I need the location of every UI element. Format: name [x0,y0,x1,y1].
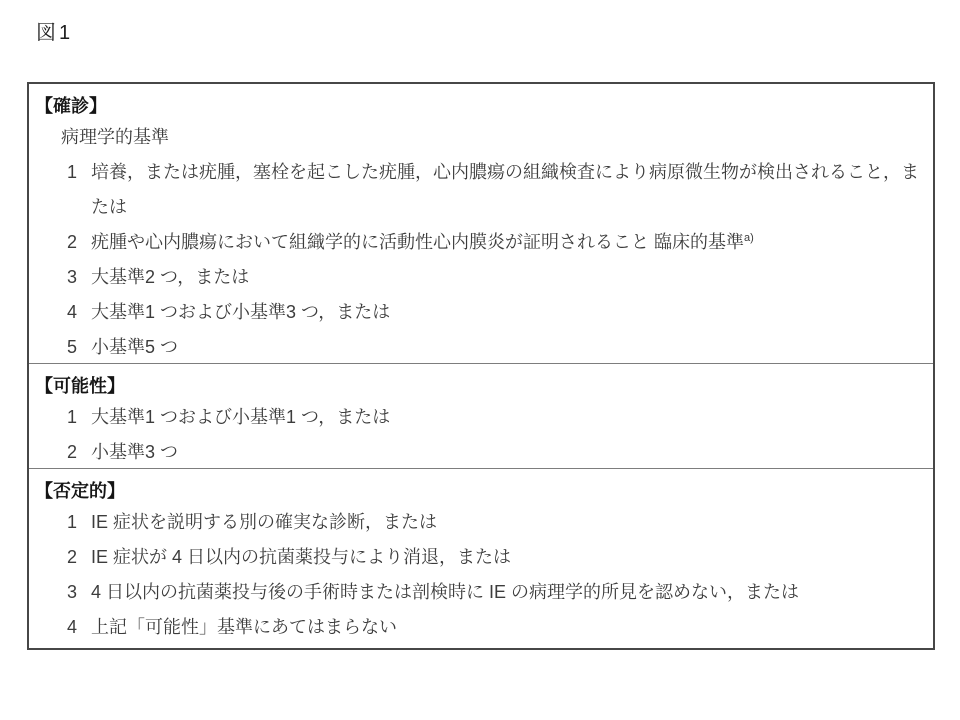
list-item: 2 IE 症状が 4 日以内の抗菌薬投与により消退，または [67,540,927,575]
item-text: 大基準1 つおよび小基準1 つ，または [91,400,927,435]
list-item: 2 疣腫や心内膿瘍において組織学的に活動性心内膜炎が証明されること 臨床的基準a… [67,225,927,260]
section-rejected: 【否定的】 1 IE 症状を説明する別の確実な診断，または 2 IE 症状が 4… [29,468,933,648]
list-item: 3 4 日以内の抗菌薬投与後の手術時または剖検時に IE の病理学的所見を認めな… [67,575,927,610]
list-item: 4 大基準1 つおよび小基準3 つ，または [67,295,927,330]
section-heading: 【否定的】 [35,477,927,505]
item-text-main: 疣腫や心内膿瘍において組織学的に活動性心内膜炎が証明されること 臨床的基準 [91,232,744,252]
list-item: 1 IE 症状を説明する別の確実な診断，または [67,505,927,540]
list-item: 4 上記「可能性」基準にあてはまらない [67,610,927,645]
item-number: 3 [67,260,91,295]
list-item: 3 大基準2 つ，または [67,260,927,295]
item-text: 小基準5 つ [91,330,927,363]
criteria-table: 【確診】 病理学的基準 1 培養，または疣腫，塞栓を起こした疣腫，心内膿瘍の組織… [27,82,935,650]
item-text: 大基準2 つ，または [91,260,927,295]
item-number: 1 [67,505,91,540]
item-text: 大基準1 つおよび小基準3 つ，または [91,295,927,330]
item-number: 5 [67,330,91,363]
item-number: 2 [67,225,91,260]
section-definite: 【確診】 病理学的基準 1 培養，または疣腫，塞栓を起こした疣腫，心内膿瘍の組織… [29,84,933,363]
item-text: 培養，または疣腫，塞栓を起こした疣腫，心内膿瘍の組織検査により病原微生物が検出さ… [91,155,927,225]
item-number: 4 [67,295,91,330]
item-text: 疣腫や心内膿瘍において組織学的に活動性心内膜炎が証明されること 臨床的基準a) [91,225,927,260]
item-number: 3 [67,575,91,610]
item-number: 2 [67,435,91,468]
item-number: 4 [67,610,91,645]
section-possible: 【可能性】 1 大基準1 つおよび小基準1 つ，または 2 小基準3 つ [29,363,933,468]
figure-title: 図1 [36,16,73,45]
item-text: 小基準3 つ [91,435,927,468]
item-number: 2 [67,540,91,575]
list-item: 1 培養，または疣腫，塞栓を起こした疣腫，心内膿瘍の組織検査により病原微生物が検… [67,155,927,225]
list-item: 2 小基準3 つ [67,435,927,468]
section-heading: 【可能性】 [35,372,927,400]
list-item: 1 大基準1 つおよび小基準1 つ，または [67,400,927,435]
item-number: 1 [67,400,91,435]
footnote-marker: a) [744,232,754,244]
item-text: IE 症状が 4 日以内の抗菌薬投与により消退，または [91,540,927,575]
list-item: 5 小基準5 つ [67,330,927,363]
section-heading: 【確診】 [35,92,927,120]
item-text: IE 症状を説明する別の確実な診断，または [91,505,927,540]
item-text: 上記「可能性」基準にあてはまらない [91,610,927,645]
section-subheading: 病理学的基準 [61,120,927,155]
item-text: 4 日以内の抗菌薬投与後の手術時または剖検時に IE の病理学的所見を認めない，… [91,575,927,610]
item-number: 1 [67,155,91,225]
